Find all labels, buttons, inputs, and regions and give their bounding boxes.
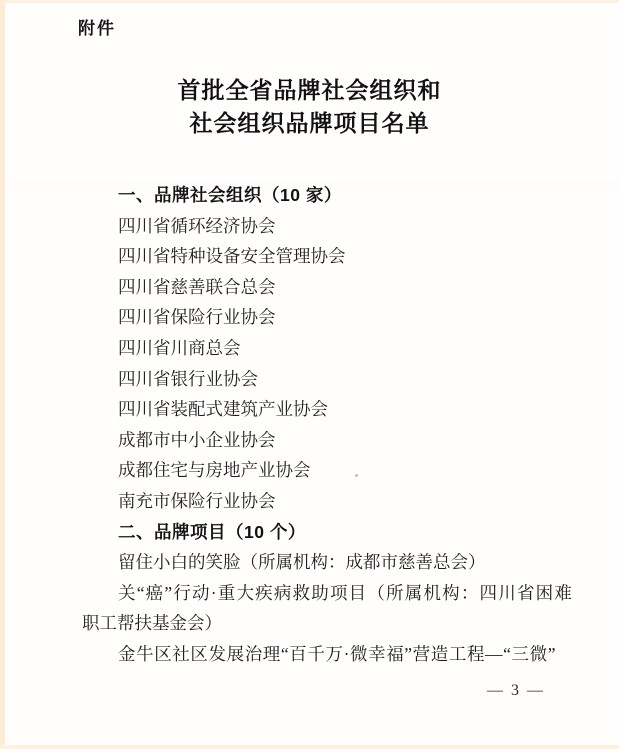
org-list-item: 四川省装配式建筑产业协会 — [82, 394, 589, 425]
org-list-item: 四川省慈善联合总会 — [82, 272, 589, 303]
org-list-item: 四川省川商总会 — [82, 333, 589, 364]
document-title-line1: 首批全省品牌社会组织和 — [178, 78, 442, 103]
scan-speck — [355, 474, 358, 477]
org-list-item: 四川省循环经济协会 — [82, 211, 589, 242]
document-body: 一、品牌社会组织（10 家） 四川省循环经济协会 四川省特种设备安全管理协会 四… — [82, 180, 589, 670]
project-line: 关“癌”行动·重大疾病救助项目（所属机构：四川省困难 — [82, 578, 589, 609]
org-list-item: 四川省保险行业协会 — [82, 302, 589, 333]
document-title: 首批全省品牌社会组织和 社会组织品牌项目名单 — [0, 74, 619, 140]
document-page: 附件 首批全省品牌社会组织和 社会组织品牌项目名单 一、品牌社会组织（10 家）… — [0, 0, 619, 749]
org-list-item: 成都市中小企业协会 — [82, 425, 589, 456]
org-list-item: 四川省特种设备安全管理协会 — [82, 241, 589, 272]
org-list-item: 南充市保险行业协会 — [82, 486, 589, 517]
document-title-line2: 社会组织品牌项目名单 — [190, 111, 430, 136]
project-line: 金牛区社区发展治理“百千万·微幸福”营造工程—“三微” — [82, 639, 589, 670]
section2-heading: 二、品牌项目（10 个） — [82, 517, 589, 548]
section1-heading: 一、品牌社会组织（10 家） — [82, 180, 589, 211]
project-line: 留住小白的笑脸（所属机构：成都市慈善总会） — [82, 547, 589, 578]
org-list-item: 四川省银行业协会 — [82, 364, 589, 395]
attachment-label: 附件 — [78, 14, 116, 39]
page-number: — 3 — — [487, 682, 545, 700]
project-line-continuation: 职工帮扶基金会） — [82, 608, 589, 639]
brand-organization-list: 四川省循环经济协会 四川省特种设备安全管理协会 四川省慈善联合总会 四川省保险行… — [82, 211, 589, 517]
page-edge-bottom — [0, 745, 619, 749]
page-edge-top — [0, 0, 619, 3]
org-list-item: 成都住宅与房地产业协会 — [82, 455, 589, 486]
